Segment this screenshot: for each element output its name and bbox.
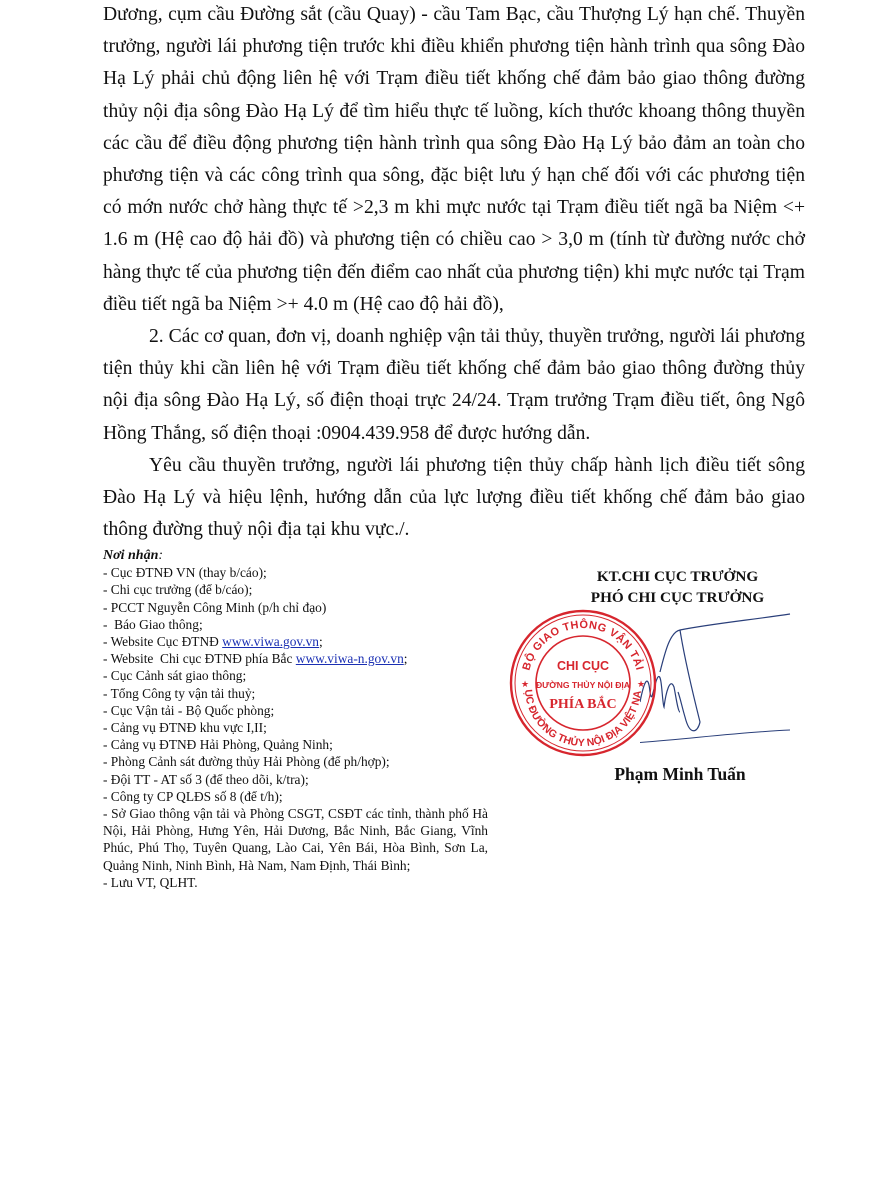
recipient-item: - PCCT Nguyễn Công Minh (p/h chỉ đạo) <box>103 599 488 616</box>
recipient-item: - Tổng Công ty vận tải thuỷ; <box>103 685 488 702</box>
recipient-item: - Đội TT - AT số 3 (để theo dõi, k/tra); <box>103 771 488 788</box>
recipients-heading: Nơi nhận <box>103 548 158 563</box>
recipient-item: - Lưu VT, QLHT. <box>103 874 488 891</box>
recipient-item: - Báo Giao thông; <box>103 616 488 633</box>
stamp-center-line-2: ĐƯỜNG THỦY NỘI ĐỊA <box>536 679 630 690</box>
handwritten-signature <box>640 612 800 762</box>
signature-title: KT.CHI CỤC TRƯỞNG PHÓ CHI CỤC TRƯỞNG <box>540 566 815 608</box>
website-label: - Website Cục ĐTNĐ <box>103 634 222 649</box>
signer-name: Phạm Minh Tuấn <box>570 764 790 785</box>
document-body: Dương, cụm cầu Đường sắt (cầu Quay) - cầ… <box>103 0 805 546</box>
website-suffix: ; <box>404 651 408 666</box>
signature-title-line-2: PHÓ CHI CỤC TRƯỞNG <box>540 587 815 608</box>
recipient-item: - Cục ĐTNĐ VN (thay b/cáo); <box>103 564 488 581</box>
paragraph-2: 2. Các cơ quan, đơn vị, doanh nghiệp vận… <box>103 321 805 450</box>
recipient-item: - Sở Giao thông vận tải và Phòng CSGT, C… <box>103 805 488 874</box>
recipient-item: - Cảng vụ ĐTNĐ khu vực I,II; <box>103 719 488 736</box>
recipient-item: - Cục Vận tải - Bộ Quốc phòng; <box>103 702 488 719</box>
recipients-heading-row: Nơi nhận: <box>103 546 488 564</box>
website-suffix: ; <box>319 634 323 649</box>
recipient-item: - Cục Cảnh sát giao thông; <box>103 667 488 684</box>
svg-text:★: ★ <box>637 680 645 690</box>
recipients-heading-colon: : <box>158 548 163 563</box>
website-label: - Website Chi cục ĐTNĐ phía Bắc <box>103 651 296 666</box>
link-viwa-n[interactable]: www.viwa-n.gov.vn <box>296 651 404 666</box>
paragraph-3: Yêu cầu thuyền trưởng, người lái phương … <box>103 450 805 547</box>
signature-title-line-1: KT.CHI CỤC TRƯỞNG <box>540 566 815 587</box>
svg-text:★: ★ <box>521 680 529 690</box>
recipient-item-website-viwa-n: - Website Chi cục ĐTNĐ phía Bắc www.viwa… <box>103 650 488 667</box>
stamp-center-line-3: PHÍA BẮC <box>549 695 616 712</box>
recipient-item: - Phòng Cảnh sát đường thủy Hải Phòng (đ… <box>103 753 488 770</box>
recipient-item: - Công ty CP QLĐS số 8 (để t/h); <box>103 788 488 805</box>
recipient-item-website-viwa: - Website Cục ĐTNĐ www.viwa.gov.vn; <box>103 633 488 650</box>
link-viwa[interactable]: www.viwa.gov.vn <box>222 634 319 649</box>
recipient-item: - Chi cục trưởng (để b/cáo); <box>103 581 488 598</box>
stamp-center-line-1: CHI CỤC <box>557 659 609 673</box>
recipient-item: - Cảng vụ ĐTNĐ Hải Phòng, Quảng Ninh; <box>103 736 488 753</box>
paragraph-1: Dương, cụm cầu Đường sắt (cầu Quay) - cầ… <box>103 0 805 321</box>
official-stamp: BỘ GIAO THÔNG VẬN TẢI CỤC ĐƯỜNG THỦY NỘI… <box>508 608 658 758</box>
recipients-list: Nơi nhận: - Cục ĐTNĐ VN (thay b/cáo); - … <box>103 546 488 891</box>
